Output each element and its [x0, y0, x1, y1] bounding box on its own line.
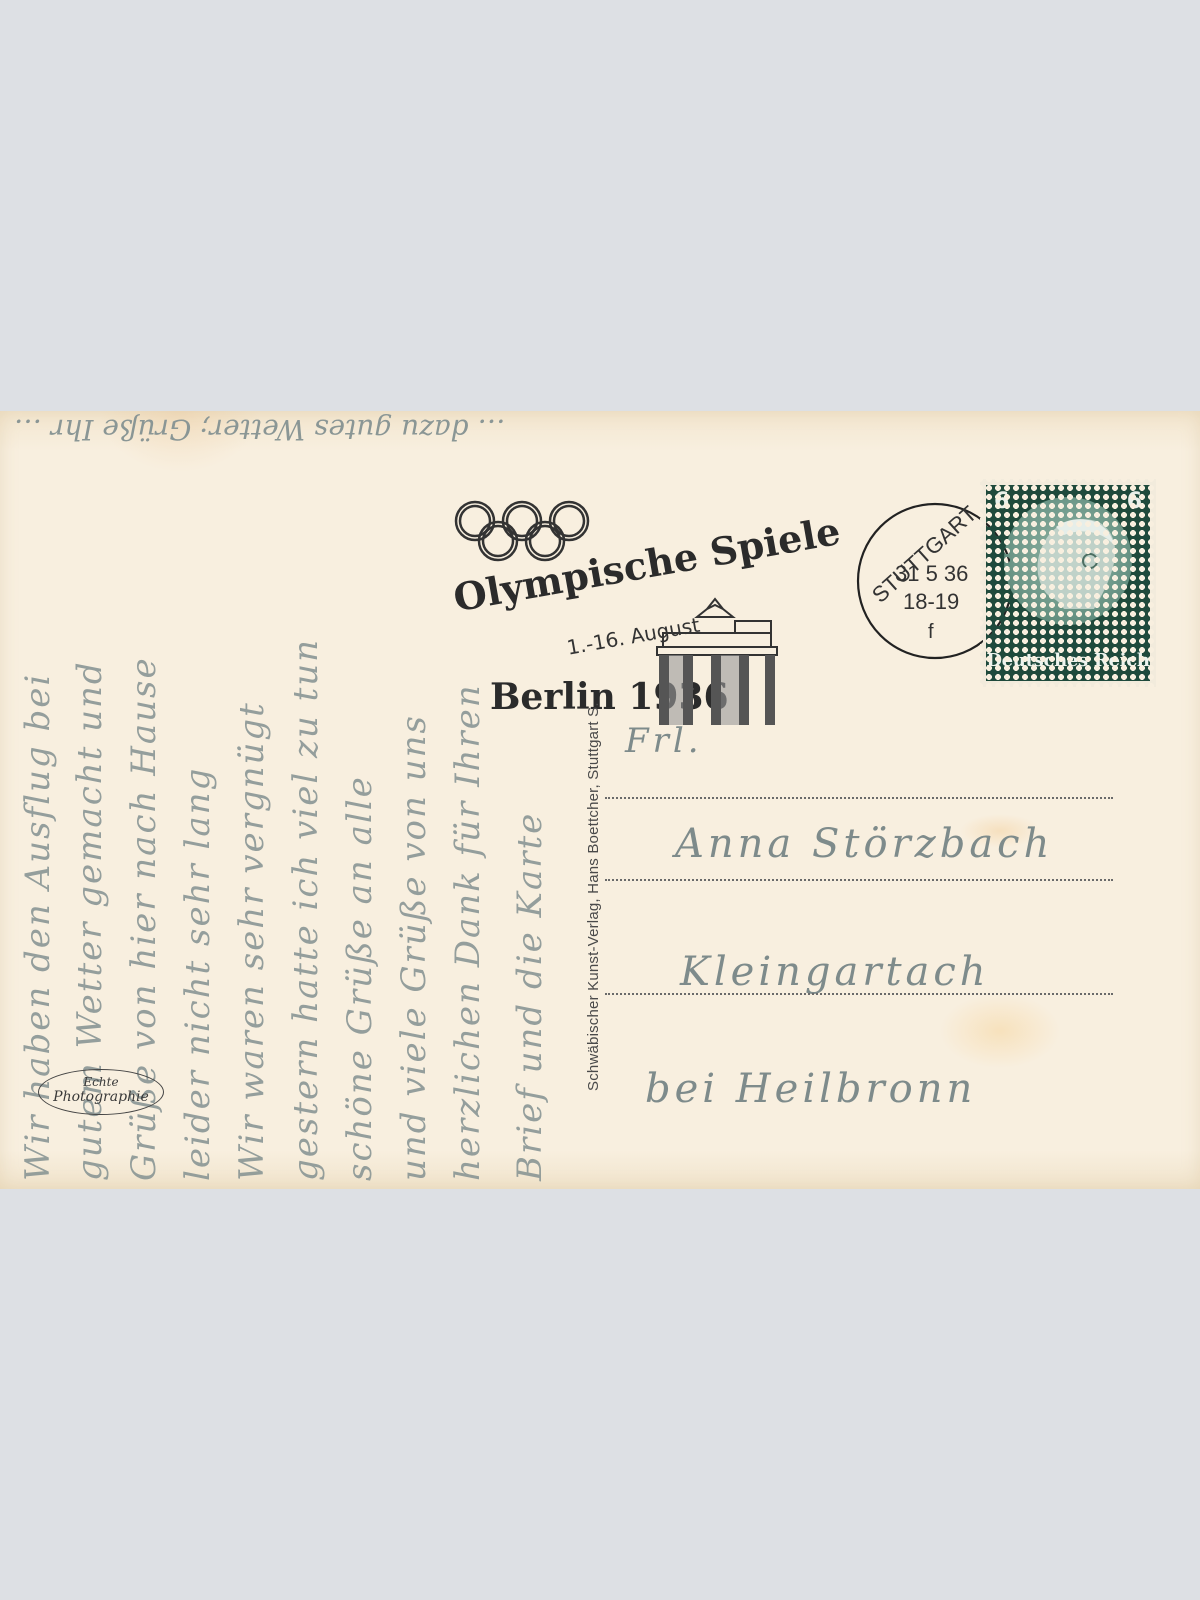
echte-photographie-logo: Echte Photographie — [38, 1069, 164, 1115]
address-line-2 — [605, 879, 1113, 881]
handwriting-line: Brief und die Karte — [510, 812, 550, 1181]
address-region: bei Heilbronn — [645, 1066, 976, 1112]
postcard-back: … dazu gutes Wetter; Grüße Ihr … Wir hab… — [0, 411, 1200, 1189]
address-town: Kleingartach — [680, 949, 990, 995]
postage-stamp: 6 6 Deutsches Reich — [980, 479, 1156, 687]
address-name: Anna Störzbach — [675, 821, 1053, 867]
stamp-country: Deutsches Reich — [986, 650, 1150, 671]
address-title: Frl. — [625, 721, 703, 761]
publisher-imprint: Schwäbischer Kunst-Verlag, Hans Boettche… — [585, 702, 602, 1091]
photo-logo-line1: Echte — [39, 1075, 163, 1089]
address-line-3 — [605, 993, 1113, 995]
olympic-cancellation: Olympische Spiele 1.-16. August Berlin 1… — [450, 496, 790, 736]
portrait-medallion-icon — [1004, 497, 1132, 625]
postmark-date: 31 5 36 — [895, 561, 968, 587]
handwriting-line: und viele Grüße von uns — [394, 714, 434, 1181]
portrait-icon — [1004, 497, 1132, 625]
handwriting-line: Wir waren sehr vergnügt — [232, 701, 272, 1181]
handwriting-line: gestern hatte ich viel zu tun — [286, 638, 326, 1181]
brandenburg-gate-icon — [655, 591, 780, 726]
handwriting-line: schöne Grüße an alle — [340, 775, 380, 1181]
photo-logo-line2: Photographie — [39, 1089, 163, 1105]
postmark-letter: f — [928, 621, 934, 644]
handwriting-line: leider nicht sehr lang — [178, 767, 218, 1181]
handwriting-line: herzlichen Dank für Ihren — [448, 683, 488, 1181]
address-line-1 — [605, 797, 1113, 799]
postmark-time: 18-19 — [903, 589, 959, 615]
handwritten-top-line: … dazu gutes Wetter; Grüße Ihr … — [14, 413, 505, 446]
